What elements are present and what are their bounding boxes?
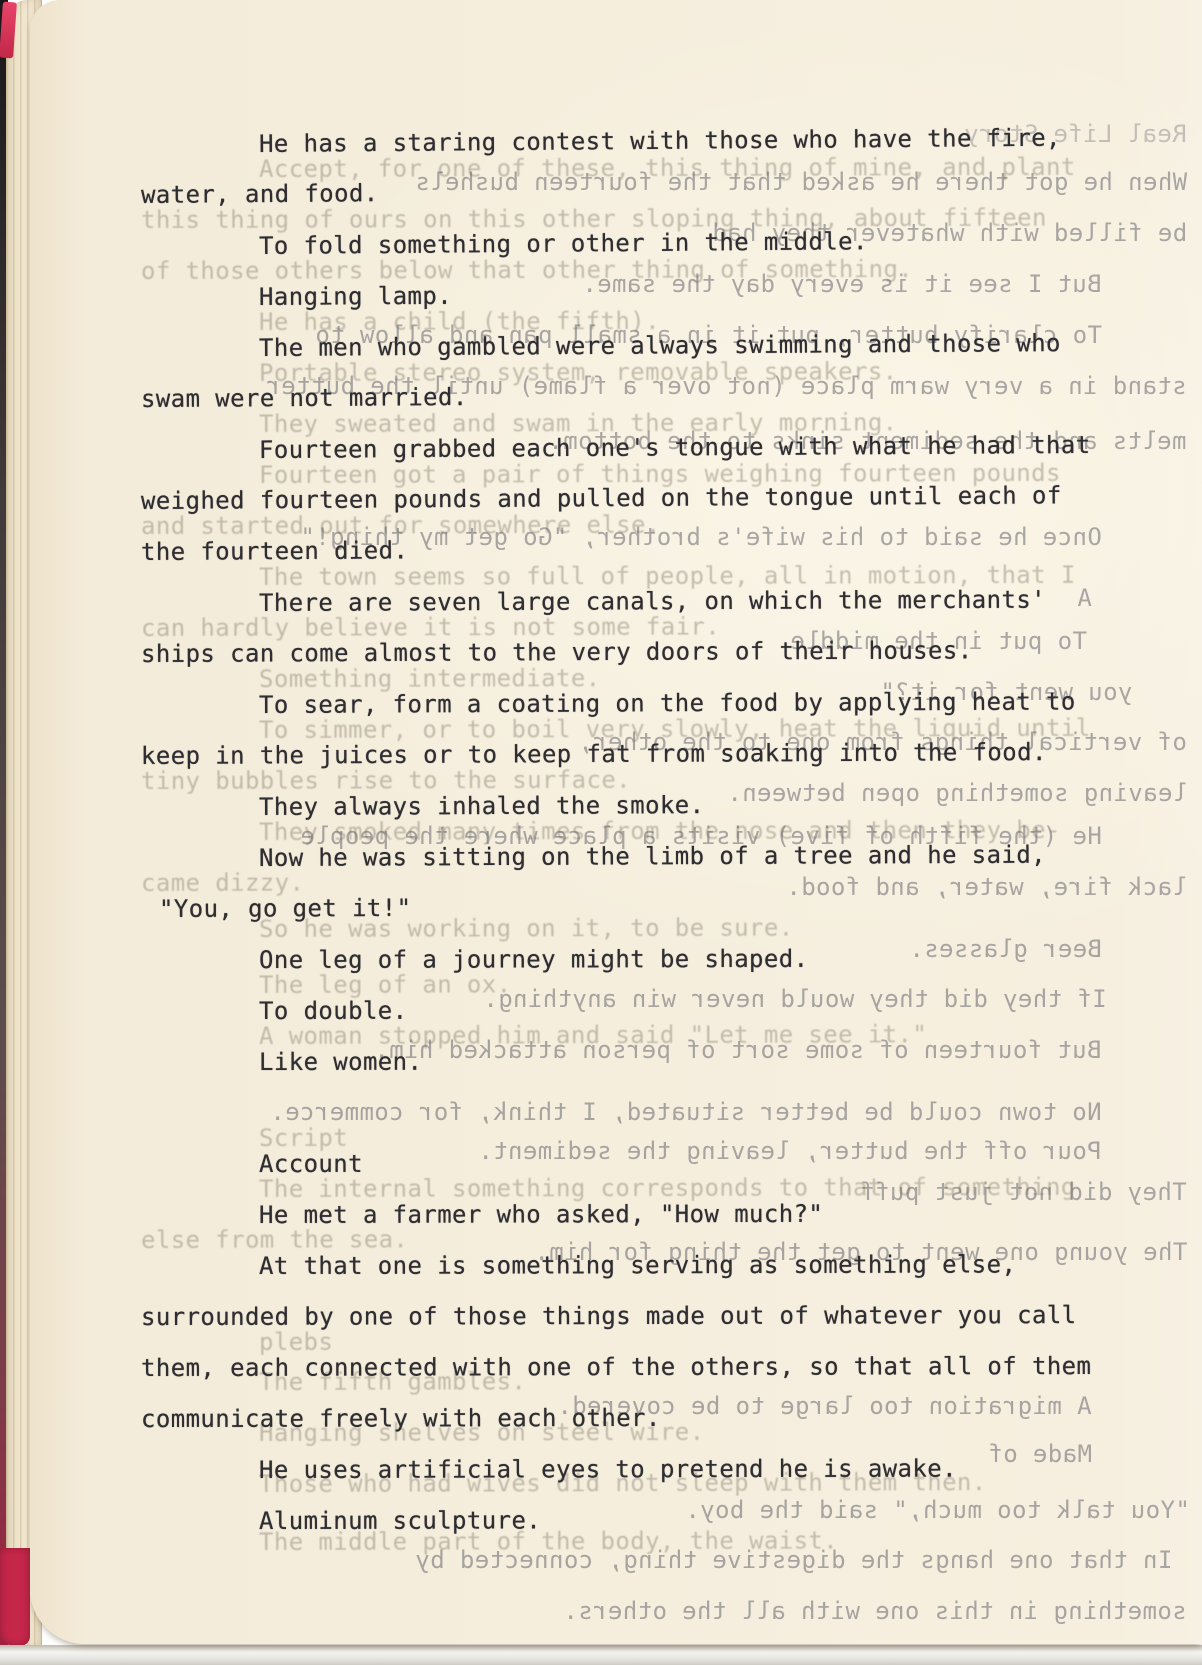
typed-line: To double. (259, 997, 408, 1025)
typed-line: Fourteen grabbed each one's tongue with … (259, 431, 1091, 464)
typed-line: the fourteen died. (141, 536, 408, 566)
typed-line: surrounded by one of those things made o… (141, 1301, 1077, 1331)
scanner-bed-strip (0, 1645, 1202, 1665)
typed-line: "You, go get it!" (159, 894, 412, 923)
typed-line: communicate freely with each other. (141, 1404, 661, 1433)
typed-line: keep in the juices or to keep fat from s… (141, 738, 1047, 770)
typed-line: swam were not married. (141, 383, 468, 413)
typed-line: The men who gambled were always swimming… (259, 329, 1061, 362)
typed-line: To sear, form a coating on the food by a… (259, 687, 1076, 719)
book-page: Accept, for one of these, this thing of … (30, 0, 1202, 1644)
typed-line: To fold something or other in the middle… (259, 227, 868, 260)
typed-line: Hanging lamp. (259, 282, 452, 311)
typed-line: He uses artificial eyes to pretend he is… (259, 1455, 957, 1484)
typed-line: water, and food. (141, 179, 379, 209)
typed-line: weighed fourteen pounds and pulled on th… (141, 481, 1062, 515)
typed-line: At that one is something serving as some… (259, 1250, 1016, 1280)
typed-line: He met a farmer who asked, "How much?" (259, 1200, 823, 1229)
typed-line: He has a staring contest with those who … (259, 124, 1061, 158)
typed-line: ships can come almost to the very doors … (141, 636, 973, 668)
typed-line: There are seven large canals, on which t… (259, 586, 1046, 617)
book-cover-edge-bottom (0, 1548, 30, 1646)
scanned-book-photo: { "scan": { "paper_color": "#f5eedd", "i… (0, 0, 1202, 1665)
typed-line: They always inhaled the smoke. (259, 791, 705, 821)
typed-line: Like women. (259, 1048, 422, 1076)
typed-line: Now he was sitting on the limb of a tree… (259, 841, 1046, 872)
typed-line: them, each connected with one of the oth… (141, 1352, 1091, 1382)
typed-line: Aluminum sculpture. (259, 1506, 541, 1535)
typed-line: Account (259, 1150, 363, 1178)
typed-line: One leg of a journey might be shaped. (259, 945, 808, 974)
typed-text-layer: He has a staring contest with those who … (30, 0, 1202, 1644)
